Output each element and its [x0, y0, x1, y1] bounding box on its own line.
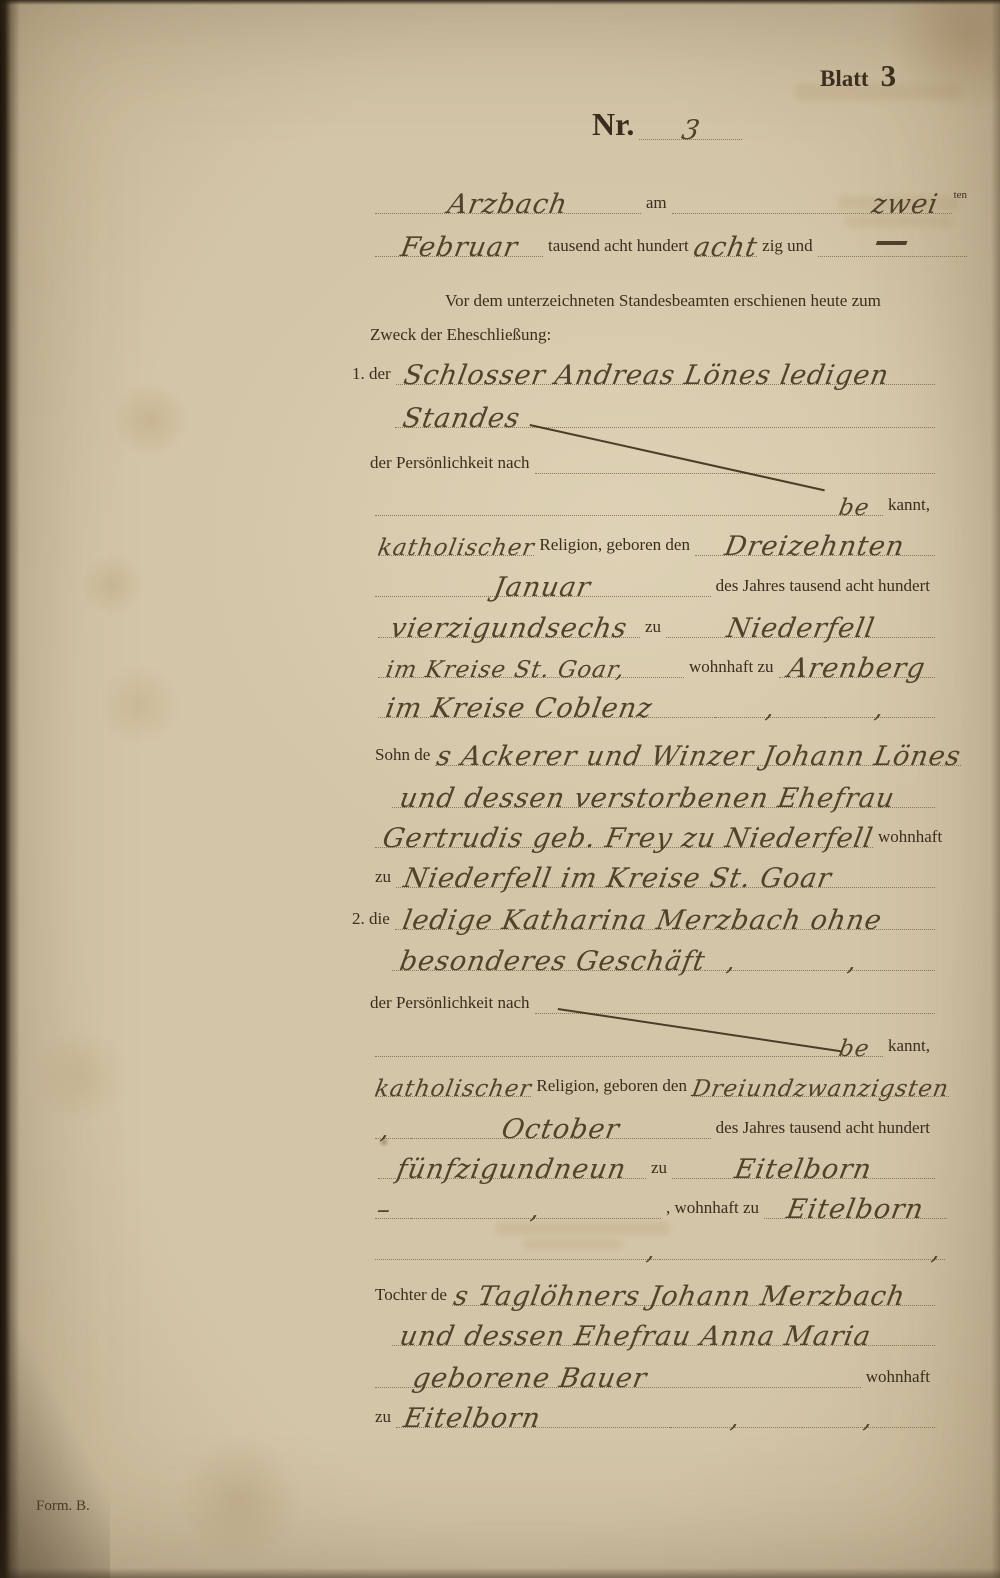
p2-tochter-label: Tochter de: [375, 1286, 452, 1306]
p2-parents-field-3: geborene Bauer: [375, 1365, 861, 1388]
p1-residence-handwritten: Arenberg: [786, 655, 928, 682]
p2-bekannt-line: be kannt,: [375, 1019, 935, 1057]
p2-identity-line: der Persönlichkeit nach: [370, 976, 935, 1014]
p1-birthdistrict-field: im Kreise St. Goar,: [378, 659, 684, 678]
place-field: Arzbach: [375, 191, 641, 214]
page-bottom-edge: [0, 1568, 1000, 1578]
month-field: Februar: [375, 234, 543, 257]
blank-field: ,: [802, 1406, 935, 1428]
decade-label: zig und: [757, 237, 818, 257]
p1-birthplace-field: Niederfell: [666, 615, 935, 638]
p2-parents-residence-line: zu Eitelborn , ,: [375, 1390, 935, 1428]
p1-name-handwritten: Schlosser Andreas Lönes ledigen: [401, 362, 891, 389]
p2-bekannt-blank: be: [375, 1038, 883, 1057]
p1-residence-district-field: im Kreise Coblenz: [378, 695, 715, 718]
intro-line-2: Zweck der Eheschließung:: [370, 325, 551, 345]
year-unit-field: —: [818, 224, 967, 257]
p2-name-field-2: besonderes Geschäft: [392, 948, 705, 971]
p1-name-field-2: Standes: [395, 405, 935, 428]
p1-parents-handwritten-3: Gertrudis geb. Frey zu Niederfell: [381, 825, 876, 852]
p1-parents-line-2: und dessen verstorbenen Ehefrau: [392, 770, 935, 808]
p1-birthyear-line: vierzigundsechs zu Niederfell: [378, 600, 935, 638]
p1-parents-field-3: Gertrudis geb. Frey zu Niederfell: [375, 825, 873, 848]
p1-name-line-2: Standes: [395, 390, 935, 428]
p2-persoenlichkeit-label: der Persönlichkeit nach: [370, 994, 535, 1014]
p1-bekannt-line: be kannt,: [375, 478, 935, 516]
p2-residence-handwritten: Eitelborn: [785, 1196, 926, 1223]
p2-residence-line: – , , wohnhaft zu Eitelborn: [375, 1181, 947, 1219]
comma-mark: ,: [379, 1117, 393, 1143]
p2-religion-line: katholischer Religion, geboren den Dreiu…: [375, 1059, 947, 1097]
comma-mark: ,: [846, 949, 860, 975]
p1-birthmonth-field: Januar: [375, 574, 711, 597]
place-handwritten: Arzbach: [446, 191, 570, 218]
p1-religion-line: katholischer Religion, geboren den Dreiz…: [378, 518, 935, 556]
day-field: zwei: [672, 191, 952, 214]
p2-wohnhaft-label: wohnhaft: [861, 1368, 935, 1388]
p1-bekannt-blank: be: [375, 497, 883, 516]
nr-label: Nr.: [592, 108, 639, 140]
form-type-label: Form. B.: [36, 1498, 90, 1515]
p1-parents-field-1: s Ackerer und Winzer Johann Lönes: [435, 743, 961, 766]
p2-parents-field-2: und dessen Ehefrau Anna Maria: [392, 1323, 935, 1346]
year-unit-dash: —: [872, 224, 913, 258]
p2-zu2-label: zu: [375, 1408, 396, 1428]
am-label: am: [641, 194, 672, 214]
blatt-label: Blatt: [820, 66, 869, 92]
p1-persoenlichkeit-label: der Persönlichkeit nach: [370, 454, 535, 474]
nr-value-handwritten: 3: [679, 117, 702, 144]
p1-birthdistrict-line: im Kreise St. Goar, wohnhaft zu Arenberg: [378, 640, 935, 678]
p2-parents-handwritten-2: und dessen Ehefrau Anna Maria: [398, 1323, 874, 1350]
p2-parents-residence-field: Eitelborn: [396, 1405, 669, 1428]
dateline-place-day: Arzbach am zwei ten: [375, 176, 967, 214]
p1-residence-district-handwritten: im Kreise Coblenz: [384, 695, 655, 722]
p2-birthyear-handwritten: fünfzigundneun: [395, 1156, 629, 1183]
p2-parents-handwritten-3: geborene Bauer: [411, 1365, 650, 1392]
p2-parents-residence-handwritten: Eitelborn: [402, 1405, 543, 1432]
comma-mark: ,: [729, 1406, 743, 1432]
comma-mark: ,: [929, 1238, 943, 1264]
p2-religion-handwritten: katholischer: [373, 1078, 533, 1101]
p1-sohn-label: Sohn de: [375, 746, 435, 766]
p2-parents-line-1: Tochter de s Taglöhners Johann Merzbach: [375, 1268, 935, 1306]
p1-year-label: des Jahres tausend acht hundert: [711, 577, 935, 597]
century-label: tausend acht hundert: [543, 237, 694, 257]
record-number-line: Nr. 3: [592, 102, 742, 140]
blank-field: ,: [715, 696, 825, 718]
p2-kannt-label: kannt,: [883, 1037, 935, 1057]
p2-birthday-field: Dreiundzwanzigsten: [692, 1078, 949, 1097]
registry-page: Blatt 3 Nr. 3 Arzbach am zwei ten Februa…: [0, 0, 1000, 1578]
nr-value-field: 3: [639, 117, 742, 140]
p1-residence-district-line: im Kreise Coblenz , ,: [378, 680, 935, 718]
p2-birthyear-field: fünfzigundneun: [378, 1156, 646, 1179]
p2-birthmonth-handwritten: October: [500, 1116, 622, 1143]
blank-field: ,: [670, 1406, 803, 1428]
blank-field: ,: [375, 1117, 411, 1139]
p1-name-field: Schlosser Andreas Lönes ledigen: [396, 362, 935, 385]
intro-line-1: Vor dem unterzeichneten Standesbeamten e…: [445, 291, 881, 311]
comma-mark: ,: [725, 949, 739, 975]
p2-birthplace-field: Eitelborn: [672, 1156, 935, 1179]
p1-birthmonth-handwritten: Januar: [492, 574, 593, 601]
p1-parents-line-3: Gertrudis geb. Frey zu Niederfell wohnha…: [375, 810, 935, 848]
p1-birthyear-field: vierzigundsechs: [378, 615, 640, 638]
p1-parents-handwritten-1: s Ackerer und Winzer Johann Lönes: [435, 743, 964, 770]
p1-standes-handwritten: Standes: [401, 405, 523, 432]
p1-parents-residence-line: zu Niederfell im Kreise St. Goar: [375, 850, 935, 888]
p2-parents-line-2: und dessen Ehefrau Anna Maria: [392, 1308, 935, 1346]
p2-religion-label: Religion, geboren den: [531, 1077, 692, 1097]
p1-wohnhaft-zu-label: wohnhaft zu: [684, 658, 779, 678]
p1-birthdistrict-handwritten: im Kreise St. Goar,: [384, 659, 627, 682]
p2-zu-label: zu: [646, 1159, 672, 1179]
comma-mark: ,: [873, 696, 887, 722]
page-corner-shadow: [0, 1298, 110, 1578]
p2-birthplace-handwritten: Eitelborn: [733, 1156, 874, 1183]
p1-kannt-label: kannt,: [883, 496, 935, 516]
blank-field: ,: [375, 1238, 660, 1260]
p1-index-label: 1. der: [352, 365, 396, 385]
p2-religion-field: katholischer: [375, 1078, 531, 1097]
p2-residence-field: Eitelborn: [764, 1196, 947, 1219]
p1-wohnhaft-label: wohnhaft: [873, 828, 947, 848]
day-suffix-label: ten: [952, 190, 967, 214]
p1-name-line: 1. der Schlosser Andreas Lönes ledigen: [352, 347, 935, 385]
comma-mark: ,: [763, 696, 777, 722]
comma-mark: ,: [862, 1406, 876, 1432]
sheet-header: Blatt 3: [820, 58, 896, 94]
p2-parents-field-1: s Taglöhners Johann Merzbach: [452, 1283, 935, 1306]
p1-zu-label: zu: [640, 618, 666, 638]
p2-year-label: des Jahres tausend acht hundert: [711, 1119, 935, 1139]
p2-wohnhaft-zu-label: , wohnhaft zu: [661, 1199, 764, 1219]
p1-parents-residence-field: Niederfell im Kreise St. Goar: [396, 865, 935, 888]
p2-name-handwritten: ledige Katharina Merzbach ohne: [400, 907, 884, 934]
p2-be-handwritten: be: [837, 1038, 871, 1061]
blank-field: ,: [411, 1197, 661, 1219]
comma-mark: ,: [644, 1238, 658, 1264]
p1-residence-field: Arenberg: [779, 655, 935, 678]
p2-parents-line-3: geborene Bauer wohnhaft: [375, 1350, 935, 1388]
p2-geschaeft-handwritten: besonderes Geschäft: [398, 948, 708, 975]
p1-religion-handwritten: katholischer: [376, 537, 536, 560]
blank-field: ,: [825, 696, 935, 718]
decade-field: acht: [694, 234, 757, 257]
p2-empty-line: , ,: [375, 1222, 945, 1260]
p2-parents-handwritten-1: s Taglöhners Johann Merzbach: [452, 1283, 908, 1310]
p1-zu2-label: zu: [375, 868, 396, 888]
p1-religion-label: Religion, geboren den: [534, 536, 695, 556]
p1-birthplace-handwritten: Niederfell: [724, 615, 876, 642]
p1-birthday-field: Dreizehnten: [695, 533, 935, 556]
p2-birthmonth-line: , October des Jahres tausend acht hunder…: [375, 1101, 935, 1139]
blank-field: ,: [660, 1238, 945, 1260]
p2-name-line: 2. die ledige Katharina Merzbach ohne: [352, 892, 935, 930]
p1-religion-field: katholischer: [378, 537, 534, 556]
p2-index-label: 2. die: [352, 910, 395, 930]
p2-birthmonth-field: October: [411, 1116, 711, 1139]
p1-birthmonth-line: Januar des Jahres tausend acht hundert: [375, 559, 935, 597]
p2-name-field: ledige Katharina Merzbach ohne: [395, 907, 935, 930]
blatt-number: 3: [881, 58, 897, 94]
p2-birthyear-line: fünfzigundneun zu Eitelborn: [378, 1141, 935, 1179]
p2-name-line-2: besonderes Geschäft , ,: [392, 933, 935, 971]
p1-parents-handwritten-2: und dessen verstorbenen Ehefrau: [398, 785, 897, 812]
month-handwritten: Februar: [398, 234, 520, 261]
p1-birthday-handwritten: Dreizehnten: [723, 533, 907, 560]
p1-parents-line-1: Sohn de s Ackerer und Winzer Johann Löne…: [375, 728, 935, 766]
page-right-edge: [991, 0, 1000, 1578]
decade-handwritten: acht: [691, 234, 759, 261]
comma-mark: ,: [529, 1197, 543, 1223]
page-top-edge: [0, 0, 1000, 5]
blank-field: ,: [814, 949, 935, 971]
p1-be-handwritten: be: [837, 497, 871, 520]
p1-parents-field-2: und dessen verstorbenen Ehefrau: [392, 785, 935, 808]
p1-parents-residence-handwritten: Niederfell im Kreise St. Goar: [402, 865, 834, 892]
p1-birthyear-handwritten: vierzigundsechs: [389, 615, 630, 642]
p2-birthday-handwritten: Dreiundzwanzigsten: [690, 1078, 951, 1101]
blank-field: ,: [705, 949, 814, 971]
day-handwritten: zwei: [869, 191, 940, 218]
dateline-month-year: Februar tausend acht hundert acht zig un…: [375, 219, 967, 257]
dash-mark: –: [375, 1197, 394, 1223]
blank-field: –: [375, 1197, 411, 1219]
p1-identity-line: der Persönlichkeit nach: [370, 436, 935, 474]
